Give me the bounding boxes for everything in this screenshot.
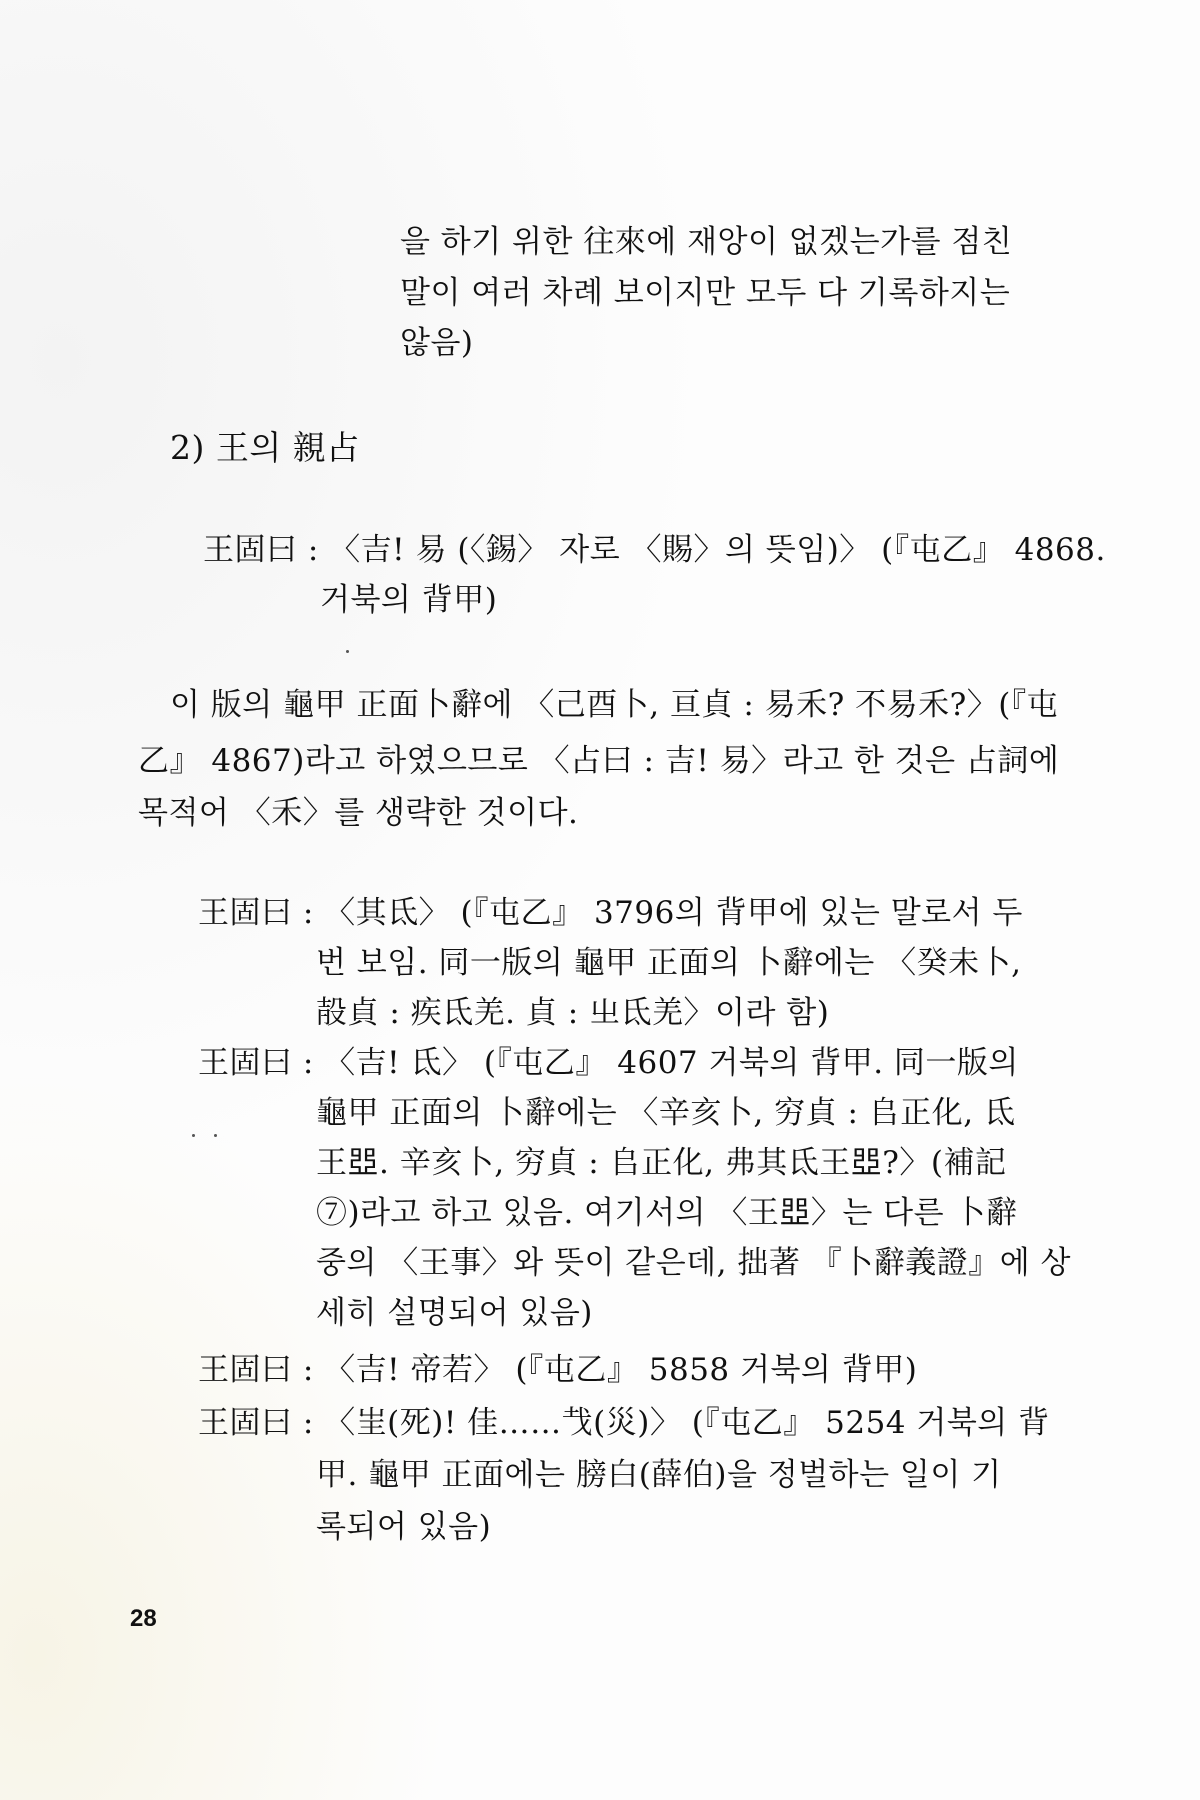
entry-line: 甲. 龜甲 正面에는 膀白(薛伯)을 정벌하는 일이 기 bbox=[316, 1455, 1002, 1495]
entry-line: 王固曰 : 〈吉! 易 (〈錫〉 자로 〈賜〉의 뜻임)〉 (『屯乙』 4868… bbox=[203, 530, 1106, 570]
speck bbox=[214, 1134, 217, 1137]
entry-line: 王固曰 : 〈㞷(死)! 佳……𢦏(災)〉 (『屯乙』 5254 거북의 背 bbox=[198, 1403, 1050, 1443]
continuation-line: 을 하기 위한 往來에 재앙이 없겠는가를 점친 bbox=[400, 222, 1012, 262]
entry-line: 王固曰 : 〈吉! 帝若〉 (『屯乙』 5858 거북의 背甲) bbox=[198, 1350, 917, 1390]
entry-line: 王固曰 : 〈其氐〉 (『屯乙』 3796의 背甲에 있는 말로서 두 bbox=[198, 893, 1023, 933]
entry-line: 록되어 있음) bbox=[316, 1507, 491, 1547]
speck bbox=[346, 650, 349, 653]
continuation-line: 않음) bbox=[400, 323, 474, 363]
section-heading: 2) 王의 親占 bbox=[170, 428, 360, 468]
continuation-line: 말이 여러 차례 보이지만 모두 다 기록하지는 bbox=[400, 273, 1010, 313]
entry-line: 번 보임. 同一版의 龜甲 正面의 卜辭에는 〈癸未卜, bbox=[316, 943, 1021, 983]
entry-line: 王𠁁. 辛亥卜, 穷貞 : 𠂤正化, 弗其氐王𠁁?〉(補記 bbox=[316, 1143, 1007, 1183]
entry-line: ⑦)라고 하고 있음. 여기서의 〈王𠁁〉는 다른 卜辭 bbox=[316, 1193, 1017, 1233]
entry-line: 王固曰 : 〈吉! 氐〉 (『屯乙』 4607 거북의 背甲. 同一版의 bbox=[198, 1043, 1019, 1083]
entry-line: 중의 〈王事〉와 뜻이 같은데, 拙著 『卜辭義證』에 상 bbox=[316, 1243, 1071, 1283]
entry-line: 㱿貞 : 疾氐羌. 貞 : 㞢氐羌〉이라 함) bbox=[316, 993, 829, 1033]
page-number: 28 bbox=[130, 1605, 157, 1633]
paragraph-line: 乙』 4867)라고 하였으므로 〈占曰 : 吉! 易〉라고 한 것은 占詞에 bbox=[138, 741, 1059, 781]
entry-line: 龜甲 正面의 卜辭에는 〈辛亥卜, 穷貞 : 𠂤正化, 氐 bbox=[316, 1093, 1015, 1133]
entry-line: 거북의 背甲) bbox=[320, 580, 497, 620]
paragraph-line: 목적어 〈禾〉를 생략한 것이다. bbox=[138, 793, 578, 833]
paragraph-line: 이 版의 龜甲 正面卜辭에 〈己酉卜, 亘貞 : 易禾? 不易禾?〉(『屯 bbox=[170, 685, 1058, 725]
entry-line: 세히 설명되어 있음) bbox=[316, 1293, 593, 1333]
speck bbox=[192, 1134, 195, 1137]
